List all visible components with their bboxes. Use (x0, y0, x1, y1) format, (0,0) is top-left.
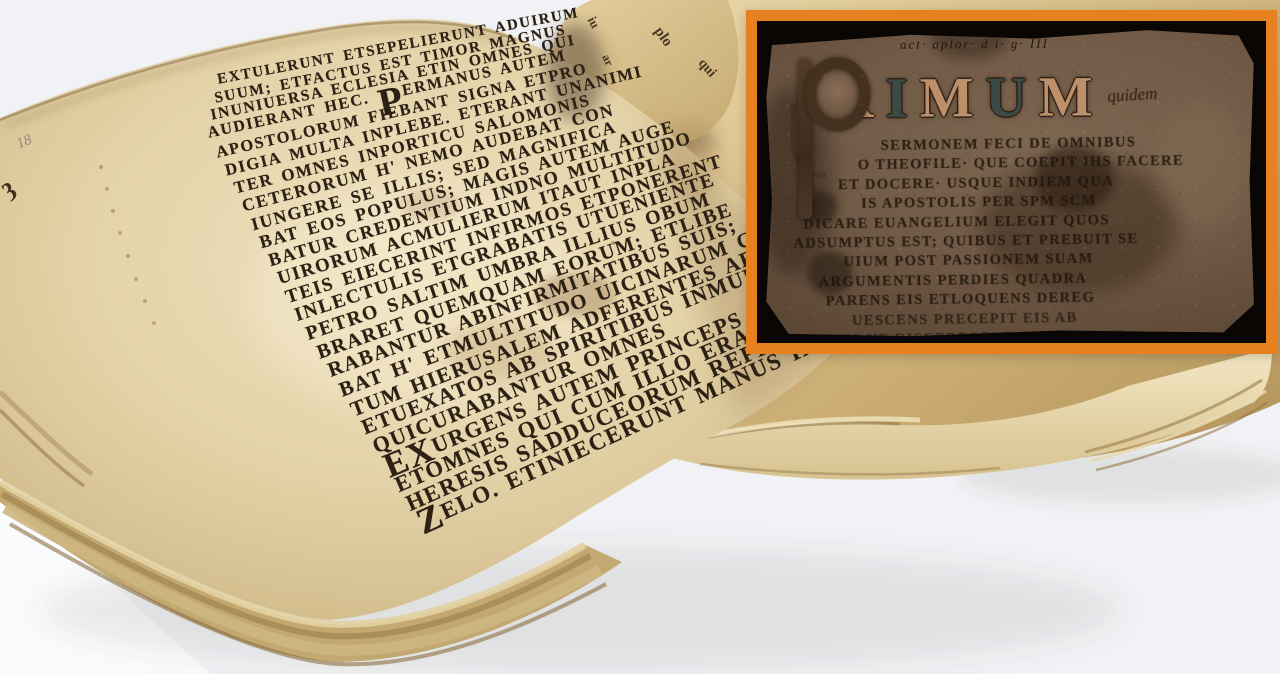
display-capital-letter: M (1039, 65, 1105, 128)
inset-text-block: SERMONEM FECI DE OMNIBUSO THEOFILE· QUE … (762, 26, 1256, 29)
inset-manuscript-page: act· aplor· d i· g· III RIMUM quidem SER… (762, 26, 1258, 338)
inset-text-line: DICARE EUANGELIUM ELEGIT QUOS (803, 212, 1110, 233)
stain-2 (445, 322, 555, 382)
inset-text-line: ET DOCERE· USQUE INDIEM QUA (838, 173, 1114, 194)
initial-bowl (804, 57, 871, 131)
inset-text-line: SOLIMIS NE DISCEDERENT SED EXPECT (790, 328, 1125, 343)
inset-text-line: UESCENS PRECEPIT EIS AB (852, 309, 1078, 329)
pinprick-holes (0, 0, 2, 2)
decorated-initial-p (788, 55, 847, 225)
ink-stain (535, 273, 615, 317)
display-capital-letter: U (985, 66, 1039, 129)
inset-text-line: IS APOSTOLIS PER SPM SCM (861, 193, 1097, 213)
display-capitals: RIMUM (832, 65, 1105, 130)
inset-framed-photo: act· aplor· d i· g· III RIMUM quidem SER… (746, 10, 1277, 354)
inset-text-line: UIUM POST PASSIONEM SUAM (843, 251, 1093, 271)
inset-text-line: ADSUMPTUS EST; QUIBUS ET PREBUIT SE (793, 231, 1138, 253)
stain-4 (666, 120, 718, 204)
inset-text-line: ARGUMENTIS PERDIES QUADRA (819, 270, 1088, 291)
stain-3 (400, 189, 460, 221)
inset-text-line: O THEOFILE· QUE COEPIT IHS FACERE (858, 153, 1184, 175)
inset-text-line: PARENS EIS ETLOQUENS DEREG (826, 290, 1096, 311)
page-gap-shadow-top (545, 24, 605, 120)
inset-text-line: SERMONEM FECI DE OMNIBUS (881, 134, 1137, 155)
inset-display-word: RIMUM (832, 55, 1105, 141)
inset-photo-background: act· aplor· d i· g· III RIMUM quidem SER… (757, 21, 1266, 343)
display-capital-letter: I (885, 67, 920, 130)
display-capital-letter: M (920, 66, 986, 129)
display-word-suffix: quidem (1107, 84, 1158, 107)
manuscript-photograph: 18 ȝ EXTULERUNT ETSEPELIERUNT ADUIRUMSUU… (0, 0, 1280, 674)
inset-running-title: act· aplor· d i· g· III (792, 35, 1158, 54)
